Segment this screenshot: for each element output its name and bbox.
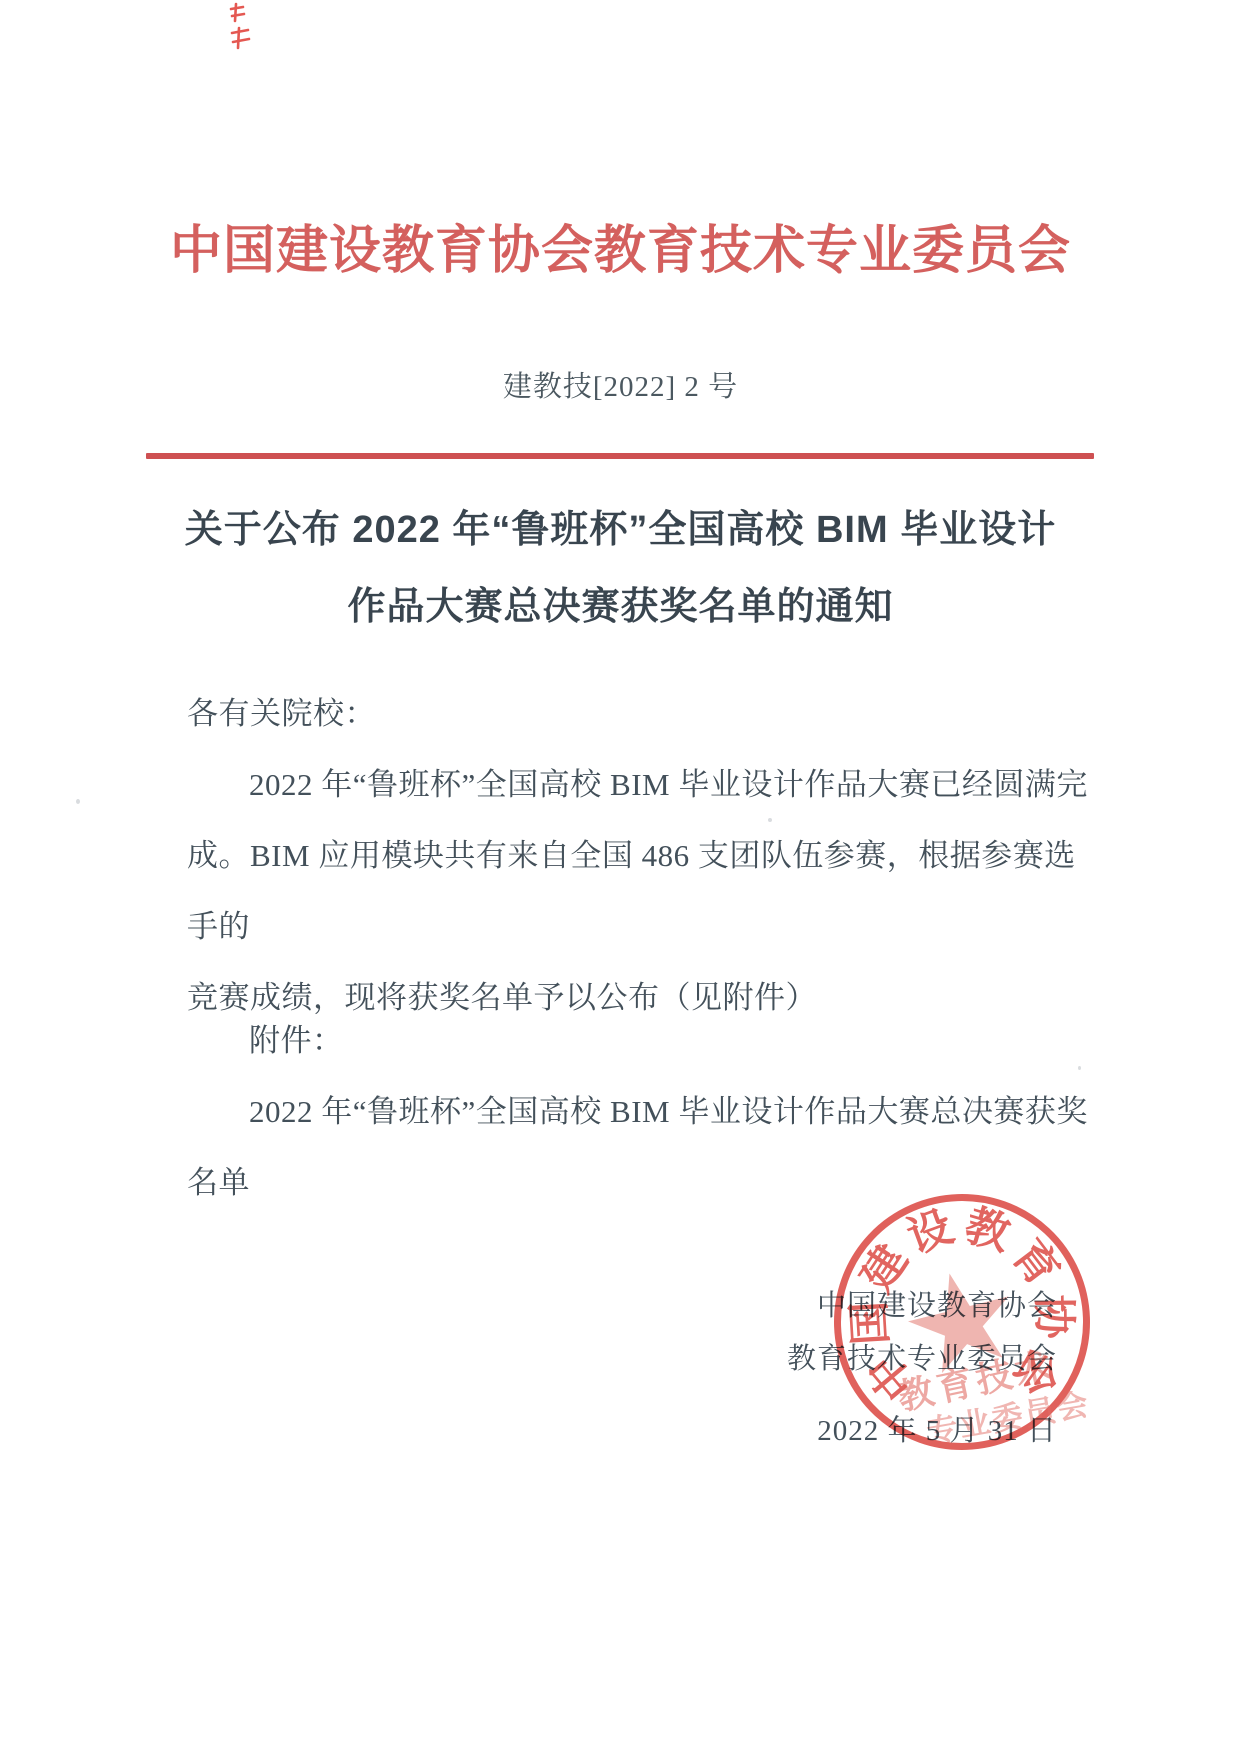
scan-speck bbox=[1078, 1066, 1081, 1070]
document-title-line1: 关于公布 2022 年“鲁班杯”全国高校 BIM 毕业设计 bbox=[0, 492, 1241, 569]
document-number: 建教技[2022] 2 号 bbox=[0, 364, 1241, 405]
attachment-line: 2022 年“鲁班杯”全国高校 BIM 毕业设计作品大赛总决赛获奖 bbox=[187, 1076, 1093, 1147]
notice-document-page: 中国建设教育协会教育技术专业委员会 建教技[2022] 2 号 关于公布 202… bbox=[0, 0, 1241, 1755]
attachment-label: 附件： bbox=[187, 1005, 1093, 1076]
salutation: 各有关院校： bbox=[187, 678, 1093, 749]
body-line: 成。BIM 应用模块共有来自全国 486 支团队伍参赛，根据参赛选手的 bbox=[187, 820, 1093, 962]
seal-ring-char: 协 bbox=[1026, 1295, 1090, 1340]
document-body: 各有关院校： 2022 年“鲁班杯”全国高校 BIM 毕业设计作品大赛已经圆满完… bbox=[187, 678, 1093, 1033]
document-title: 关于公布 2022 年“鲁班杯”全国高校 BIM 毕业设计 作品大赛总决赛获奖名… bbox=[0, 492, 1241, 646]
scan-speck bbox=[76, 799, 80, 804]
body-line: 2022 年“鲁班杯”全国高校 BIM 毕业设计作品大赛已经圆满完 bbox=[187, 749, 1093, 820]
red-divider-line bbox=[146, 453, 1094, 459]
document-title-line2: 作品大赛总决赛获奖名单的通知 bbox=[0, 569, 1241, 646]
organization-header: 中国建设教育协会教育技术专业委员会 bbox=[0, 208, 1241, 283]
scan-artifact-marks bbox=[228, 2, 264, 52]
scan-speck bbox=[768, 818, 772, 822]
official-seal-stamp: 中国建设教育协会 教育技术 专业委员会 bbox=[830, 1190, 1095, 1455]
seal-ring-char: 国 bbox=[833, 1300, 900, 1348]
attachment-section: 附件： 2022 年“鲁班杯”全国高校 BIM 毕业设计作品大赛总决赛获奖 名单 bbox=[187, 1005, 1093, 1218]
